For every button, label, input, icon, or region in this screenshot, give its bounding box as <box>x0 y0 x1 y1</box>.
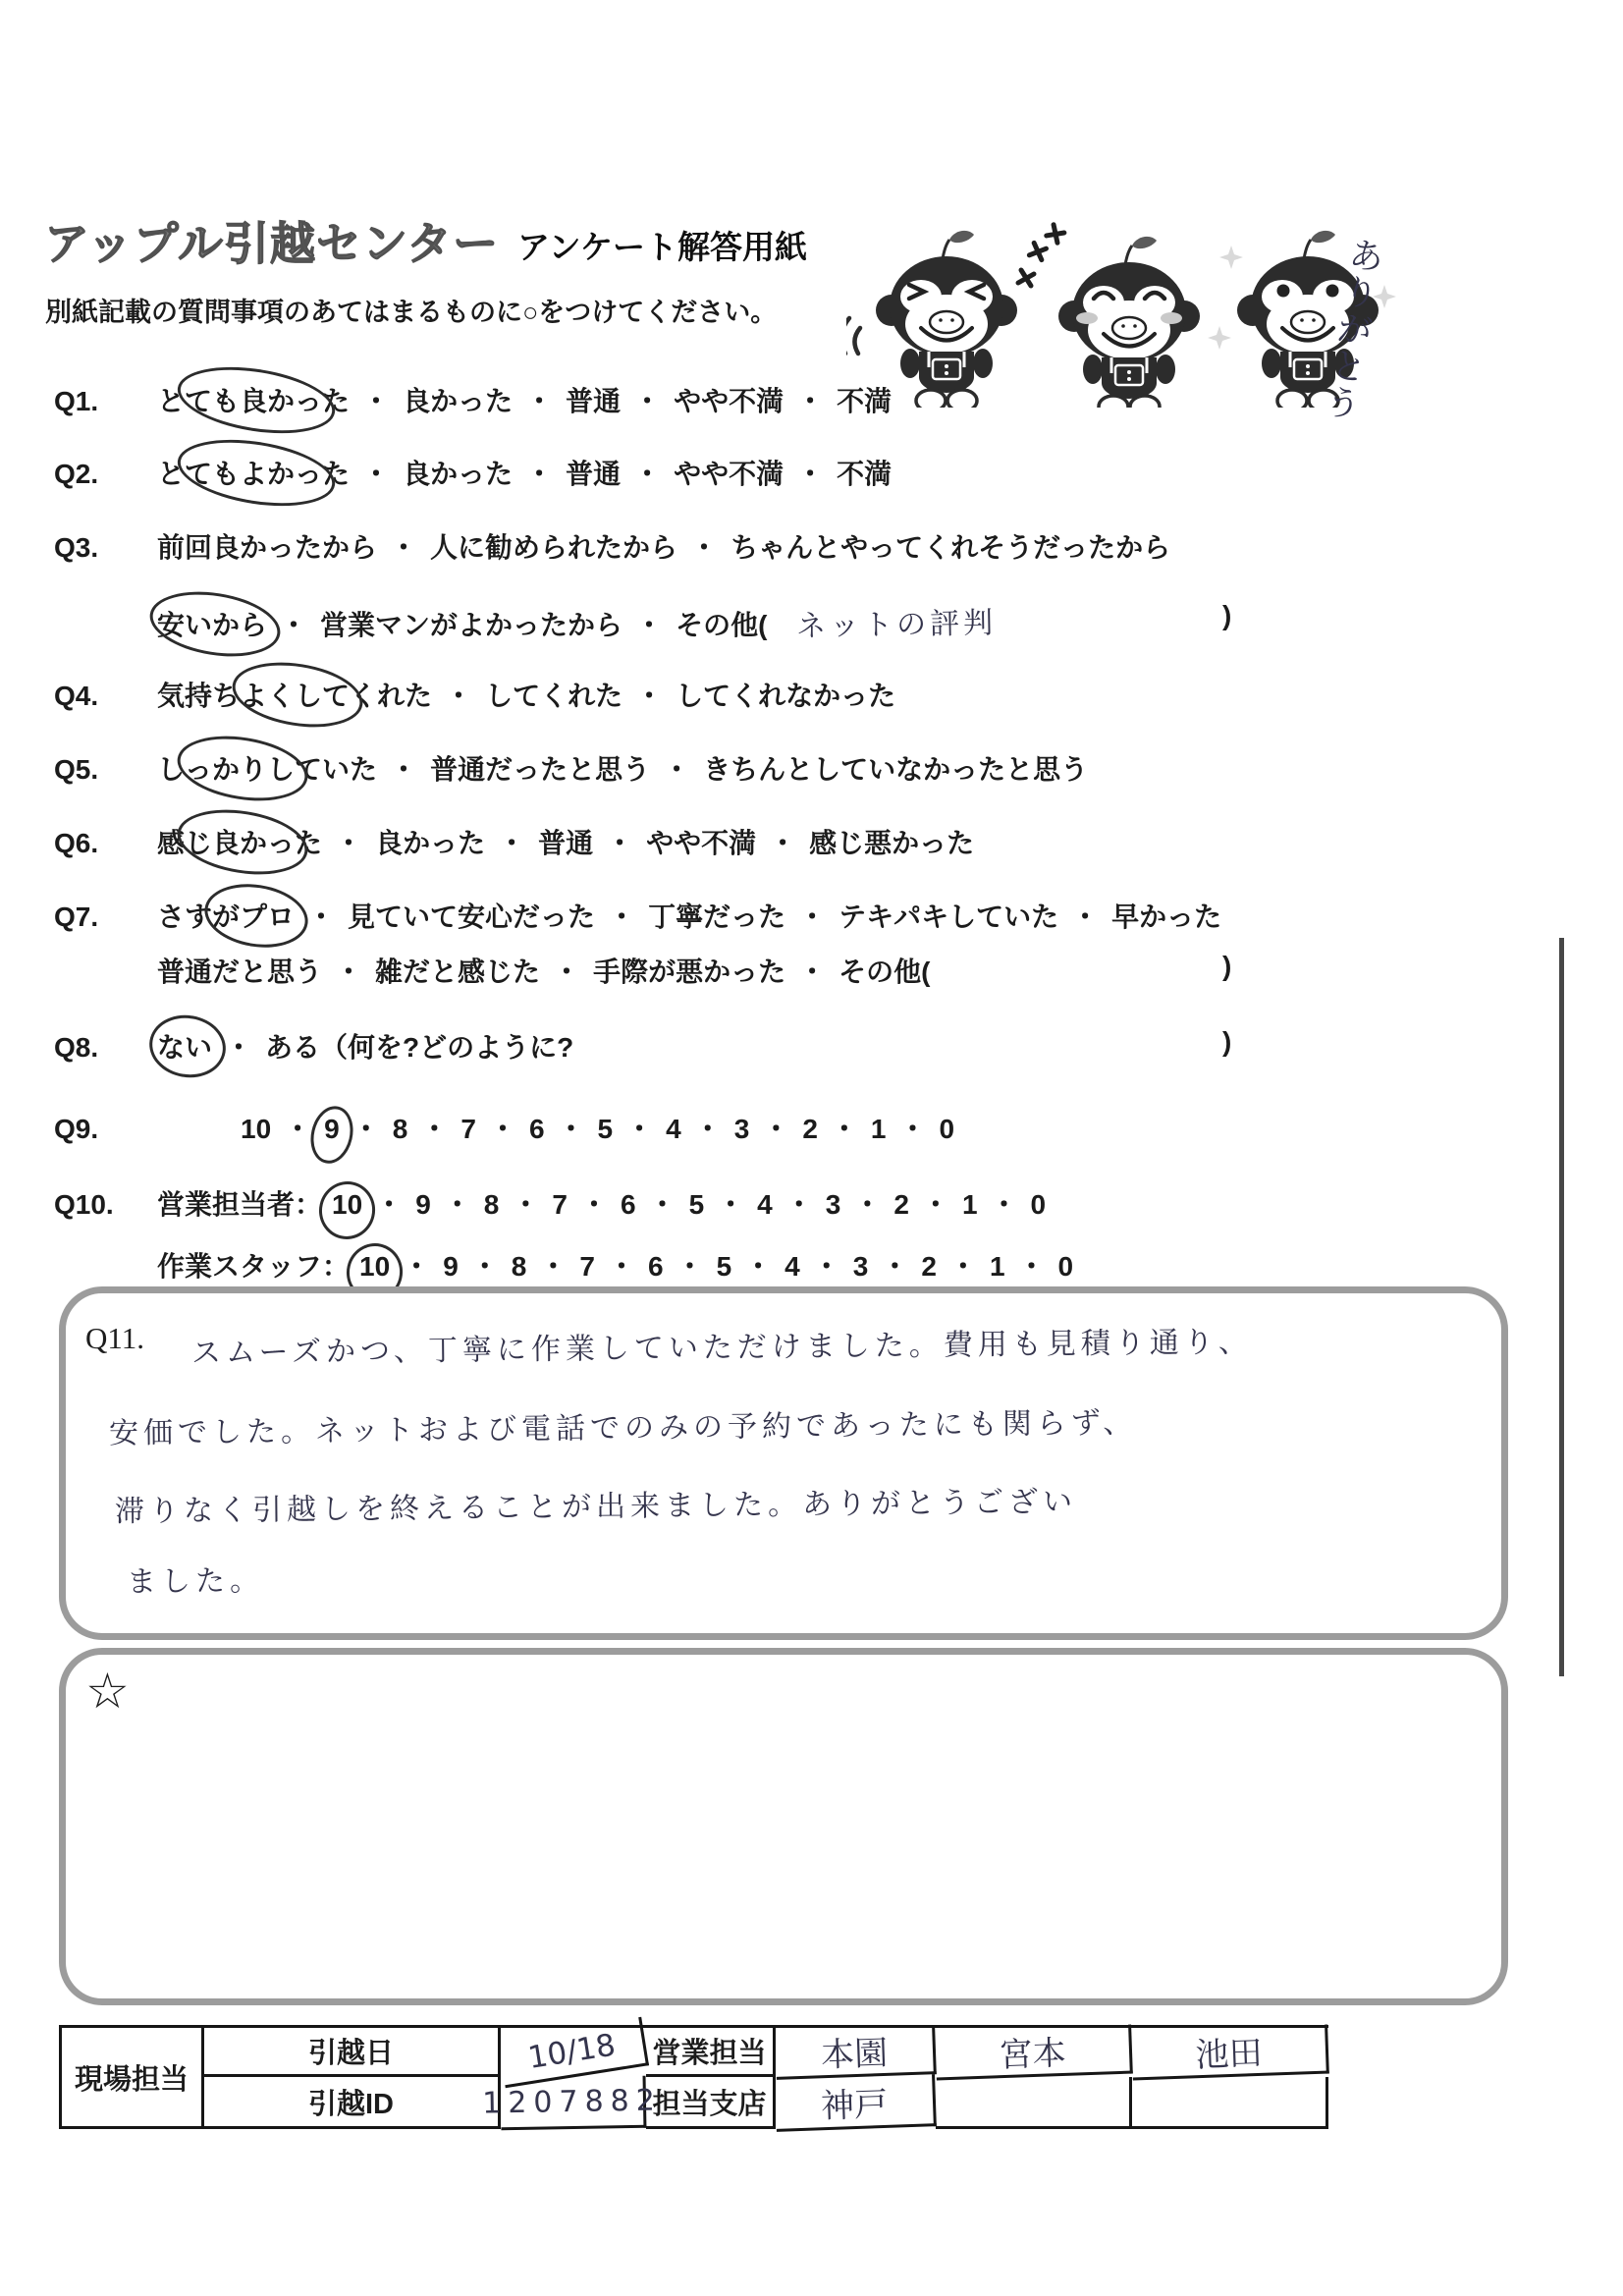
option-separator: ・ <box>471 1251 499 1282</box>
empty-cell <box>936 2077 1132 2129</box>
option-separator: ・ <box>813 1251 840 1282</box>
option: 7 <box>460 1114 476 1144</box>
options: 普通だと思う・雑だと感じた・手際が悪かった <box>157 957 785 987</box>
option: 6 <box>529 1114 545 1144</box>
options: ・良かった・普通・やや不満・不満 <box>350 459 892 489</box>
question-q10-line1: Q10.営業担当者：10・9・8・7・6・5・4・3・2・1・0 <box>54 1183 1615 1223</box>
option-part: た <box>322 459 350 489</box>
mascot-monkeys-illustration <box>846 216 1396 408</box>
options: 前回良かったから・人に勧められたから・ちゃんとやってくれそうだったから <box>157 532 1170 563</box>
option: 5 <box>717 1251 732 1282</box>
circled-answer: がプロ <box>212 896 295 935</box>
option-separator: ・ <box>403 1251 430 1282</box>
question-label: Q5. <box>54 754 157 786</box>
option: 4 <box>757 1189 773 1220</box>
question-label: Q9. <box>54 1114 157 1145</box>
option: 8 <box>484 1189 500 1220</box>
option-separator: ・ <box>881 1251 908 1282</box>
option: 不満 <box>837 459 892 489</box>
option-separator: ・ <box>853 1189 881 1220</box>
option: 5 <box>598 1114 614 1144</box>
options: ・営業マンがよかったから <box>267 610 622 640</box>
option-separator: ・ <box>525 459 553 489</box>
question-label: Q11. <box>85 1321 144 1356</box>
option-separator: ・ <box>284 1114 311 1144</box>
sales-rep-label: 営業担当 <box>646 2028 776 2077</box>
option-separator: ・ <box>1071 902 1099 932</box>
option: してくれなかった <box>676 681 895 711</box>
option-part: 感 <box>157 828 185 858</box>
option: やや不満 <box>674 386 784 416</box>
question-q4: Q4.気持ちよくしてくれた・してくれた・してくれなかった <box>54 675 1615 714</box>
option: 8 <box>512 1251 527 1282</box>
option: 人に勧められたから <box>430 532 677 563</box>
option: 1 <box>962 1189 978 1220</box>
question-q7-line1: Q7.さすがプロ・見ていて安心だった・丁寧だった・テキパキしていた・早かった <box>54 896 1615 935</box>
option: 感じ悪かった <box>809 828 974 858</box>
option-separator: ・ <box>280 610 307 640</box>
question-q1: Q1.とても良かった・良かった・普通・やや不満・不満 <box>54 380 1615 419</box>
option-part: 気持ち <box>157 681 240 711</box>
option-separator: ・ <box>796 386 824 416</box>
option: 2 <box>893 1189 909 1220</box>
site-staff-value-1: 宮本 <box>935 2025 1133 2081</box>
options: ・見ていて安心だった・丁寧だった・テキパキしていた・早かった <box>295 902 1221 932</box>
option-separator: ・ <box>744 1251 772 1282</box>
circled-answer: 10 <box>332 1189 362 1221</box>
closing-paren: ) <box>1222 600 1231 631</box>
survey-sheet: アップル引越センター アンケート解答用紙 別紙記載の質問事項のあてはまるものに○… <box>0 0 1623 2296</box>
option-separator: ・ <box>1018 1251 1046 1282</box>
option: 営業マンがよかったから <box>320 610 622 640</box>
option-separator: ・ <box>362 386 390 416</box>
option: 0 <box>940 1114 955 1144</box>
option-separator: ・ <box>694 1114 722 1144</box>
option: 手際が悪かった <box>593 957 785 987</box>
option: 雑だと感じた <box>375 957 540 987</box>
option: してくれた <box>485 681 622 711</box>
empty-cell <box>1132 2077 1328 2129</box>
question-q3-line2: 安いから・営業マンがよかったから・その他(ネットの評判) <box>54 600 1615 643</box>
option-separator: ・ <box>633 459 661 489</box>
option-part: ていた <box>295 754 377 785</box>
options: ・普通だったと思う・きちんとしていなかったと思う <box>377 754 1088 785</box>
scale-sublabel: 作業スタッフ： <box>157 1251 350 1282</box>
options: ・してくれた・してくれなかった <box>432 681 895 711</box>
handwritten-other-answer: ネットの評判 <box>796 598 998 645</box>
circled-answer: ても良かっ <box>185 380 322 419</box>
option-separator: ・ <box>444 1189 471 1220</box>
option: ある（何を?どのように? <box>265 1032 573 1063</box>
question-label: Q1. <box>54 386 157 417</box>
option: 5 <box>689 1189 705 1220</box>
option-separator: ・ <box>335 828 362 858</box>
circled-answer: 安いから <box>157 604 267 643</box>
option: 3 <box>734 1114 750 1144</box>
option-separator: ・ <box>375 1189 403 1220</box>
option-separator: ・ <box>785 1189 813 1220</box>
closing-paren: ) <box>1222 951 1231 982</box>
option-part: た <box>322 386 350 416</box>
option: 不満 <box>837 386 892 416</box>
option: 普通 <box>566 459 621 489</box>
option-separator: ・ <box>608 1251 635 1282</box>
option: やや不満 <box>646 828 756 858</box>
question-label: Q4. <box>54 681 157 712</box>
option-separator: ・ <box>633 386 661 416</box>
branch-value: 神戸 <box>775 2074 937 2132</box>
option-separator: ・ <box>676 1251 704 1282</box>
option: 普通 <box>538 828 593 858</box>
plus-sparkles <box>1018 224 1065 286</box>
question-label: Q6. <box>54 828 157 859</box>
star-icon: ☆ <box>85 1663 130 1720</box>
option-separator: ・ <box>390 754 417 785</box>
option-separator: ・ <box>498 828 525 858</box>
circled-answer: よくして <box>240 675 350 714</box>
move-id-label: 引越ID <box>204 2077 501 2129</box>
option: 2 <box>802 1114 818 1144</box>
option: 普通だったと思う <box>430 754 650 785</box>
option: テキパキしていた <box>839 902 1058 932</box>
question-q3-line1: Q3.前回良かったから・人に勧められたから・ちゃんとやってくれそうだったから <box>54 526 1615 566</box>
question-q8: Q8.ない・ある（何を?どのように?) <box>54 1026 1615 1066</box>
option: 7 <box>552 1189 568 1220</box>
option: きちんとしていなかったと思う <box>703 754 1088 785</box>
option: 1 <box>990 1251 1005 1282</box>
option-separator: ・ <box>352 1114 380 1144</box>
option-part: た <box>295 828 322 858</box>
option: 6 <box>648 1251 664 1282</box>
circled-answer: じ良かっ <box>185 822 295 861</box>
option-separator: ・ <box>635 610 663 640</box>
option-separator: ・ <box>362 459 390 489</box>
option: 0 <box>1058 1251 1074 1282</box>
option-separator: ・ <box>420 1114 448 1144</box>
star-note-box: ☆ <box>59 1648 1508 2005</box>
rating-scale: 10・9・8・7・6・5・4・3・2・1・0 <box>332 1189 1046 1220</box>
question-label: Q7. <box>54 902 157 933</box>
question-q2: Q2.とてもよかった・良かった・普通・やや不満・不満 <box>54 453 1615 492</box>
sales-rep-value: 本園 <box>775 2025 937 2080</box>
option-separator: ・ <box>225 1032 252 1063</box>
option-separator: ・ <box>635 681 663 711</box>
option-separator: ・ <box>512 1189 539 1220</box>
option-part: し <box>157 754 185 785</box>
option-separator: ・ <box>608 902 635 932</box>
question-label: Q8. <box>54 1032 157 1064</box>
option-separator: ・ <box>625 1114 653 1144</box>
other-option-label: その他( <box>676 610 767 640</box>
option: 3 <box>826 1189 841 1220</box>
q11-comment-box: Q11. スムーズかつ、丁寧に作業していただけました。費用も見積り通り、 安価で… <box>59 1286 1508 1640</box>
option: 4 <box>666 1114 681 1144</box>
option-separator: ・ <box>580 1189 608 1220</box>
closing-paren: ) <box>1222 1026 1231 1058</box>
question-label: Q3. <box>54 532 157 564</box>
option-separator: ・ <box>991 1189 1018 1220</box>
option-part: くれた <box>350 681 432 711</box>
option: 丁寧だった <box>648 902 785 932</box>
circled-answer: 10 <box>359 1251 390 1283</box>
option-part: と <box>157 386 185 416</box>
options: ・良かった・普通・やや不満・不満 <box>350 386 892 416</box>
question-q6: Q6.感じ良かった・良かった・普通・やや不満・感じ悪かった <box>54 822 1615 861</box>
question-label: Q10. <box>54 1189 157 1221</box>
option-separator: ・ <box>390 532 417 563</box>
question-label: Q2. <box>54 459 157 490</box>
move-id-value: 1207882 <box>501 2076 647 2131</box>
option: 2 <box>921 1251 937 1282</box>
option: 0 <box>1031 1189 1047 1220</box>
option-separator: ・ <box>553 957 580 987</box>
option-separator: ・ <box>445 681 472 711</box>
footer-info-table: 引越日 10/18 営業担当 本園 現場担当 宮本 池田 引越ID 120788… <box>59 2025 1328 2129</box>
option: 9 <box>443 1251 459 1282</box>
rating-scale: 10・9・8・7・6・5・4・3・2・1・0 <box>359 1251 1073 1282</box>
option-separator: ・ <box>922 1189 949 1220</box>
other-option-label: その他( <box>839 957 930 987</box>
option: 良かった <box>403 386 513 416</box>
option-separator: ・ <box>717 1189 744 1220</box>
circled-answer: ない <box>157 1026 212 1066</box>
option: 3 <box>853 1251 869 1282</box>
option-part: さす <box>157 902 212 932</box>
option-separator: ・ <box>899 1114 927 1144</box>
option-separator: ・ <box>798 957 826 987</box>
option-separator: ・ <box>539 1251 567 1282</box>
option: 前回良かったから <box>157 532 377 563</box>
rating-scale: 10・9・8・7・6・5・4・3・2・1・0 <box>241 1114 954 1144</box>
option: 9 <box>415 1189 431 1220</box>
option-separator: ・ <box>796 459 824 489</box>
question-q10-line2: 作業スタッフ：10・9・8・7・6・5・4・3・2・1・0 <box>54 1245 1615 1285</box>
option-separator: ・ <box>762 1114 789 1144</box>
option: 見ていて安心だった <box>348 902 595 932</box>
question-q9: Q9.10・9・8・7・6・5・4・3・2・1・0 <box>54 1108 1615 1147</box>
handwritten-comment-line: スムーズかつ、丁寧に作業していただけました。費用も見積り通り、 <box>191 1317 1253 1371</box>
option-separator: ・ <box>558 1114 585 1144</box>
option-separator: ・ <box>949 1251 977 1282</box>
option-separator: ・ <box>831 1114 858 1144</box>
option: 6 <box>621 1189 636 1220</box>
option-separator: ・ <box>606 828 633 858</box>
handwritten-comment-line: ました。 <box>127 1556 264 1600</box>
scale-sublabel: 営業担当者： <box>157 1189 322 1220</box>
handwritten-comment-line: 安価でした。ネットおよび電話でのみの予約であったにも関らず、 <box>109 1398 1138 1452</box>
scan-artifact-line <box>1559 938 1564 1676</box>
option: 1 <box>871 1114 887 1144</box>
site-staff-label: 現場担当 <box>62 2028 204 2129</box>
circled-answer: てもよかっ <box>185 453 322 492</box>
instruction-text: 別紙記載の質問事項のあてはまるものに○をつけてください。 <box>45 291 777 329</box>
option-separator: ・ <box>769 828 796 858</box>
option: 10 <box>241 1114 271 1144</box>
option: 良かった <box>375 828 485 858</box>
option: 良かった <box>403 459 513 489</box>
move-date-label: 引越日 <box>204 2028 501 2077</box>
option-separator: ・ <box>690 532 718 563</box>
option: 7 <box>579 1251 595 1282</box>
question-q7-line2: 普通だと思う・雑だと感じた・手際が悪かった・その他() <box>54 951 1615 990</box>
option-separator: ・ <box>307 902 335 932</box>
circled-answer: っかりし <box>185 748 295 788</box>
option-separator: ・ <box>649 1189 676 1220</box>
question-q5: Q5.しっかりしていた・普通だったと思う・きちんとしていなかったと思う <box>54 748 1615 788</box>
option: ちゃんとやってくれそうだったから <box>730 532 1170 563</box>
option-part: と <box>157 459 185 489</box>
option-separator: ・ <box>489 1114 516 1144</box>
option-separator: ・ <box>798 902 826 932</box>
option-separator: ・ <box>525 386 553 416</box>
option: 普通 <box>566 386 621 416</box>
handwritten-comment-line: 滞りなく引越しを終えることが出来ました。ありがとうござい <box>115 1477 1077 1530</box>
option: 8 <box>393 1114 408 1144</box>
branch-label: 担当支店 <box>646 2077 776 2129</box>
company-logo: アップル引越センター <box>44 208 499 273</box>
circled-answer: 9 <box>324 1114 340 1145</box>
option: 早かった <box>1111 902 1221 932</box>
option: 普通だと思う <box>157 957 322 987</box>
option-separator: ・ <box>663 754 690 785</box>
option: 4 <box>784 1251 800 1282</box>
option-separator: ・ <box>335 957 362 987</box>
site-staff-value-2: 池田 <box>1131 2025 1329 2081</box>
options: ・良かった・普通・やや不満・感じ悪かった <box>322 828 974 858</box>
form-title: アンケート解答用紙 <box>517 222 807 268</box>
option: やや不満 <box>674 459 784 489</box>
